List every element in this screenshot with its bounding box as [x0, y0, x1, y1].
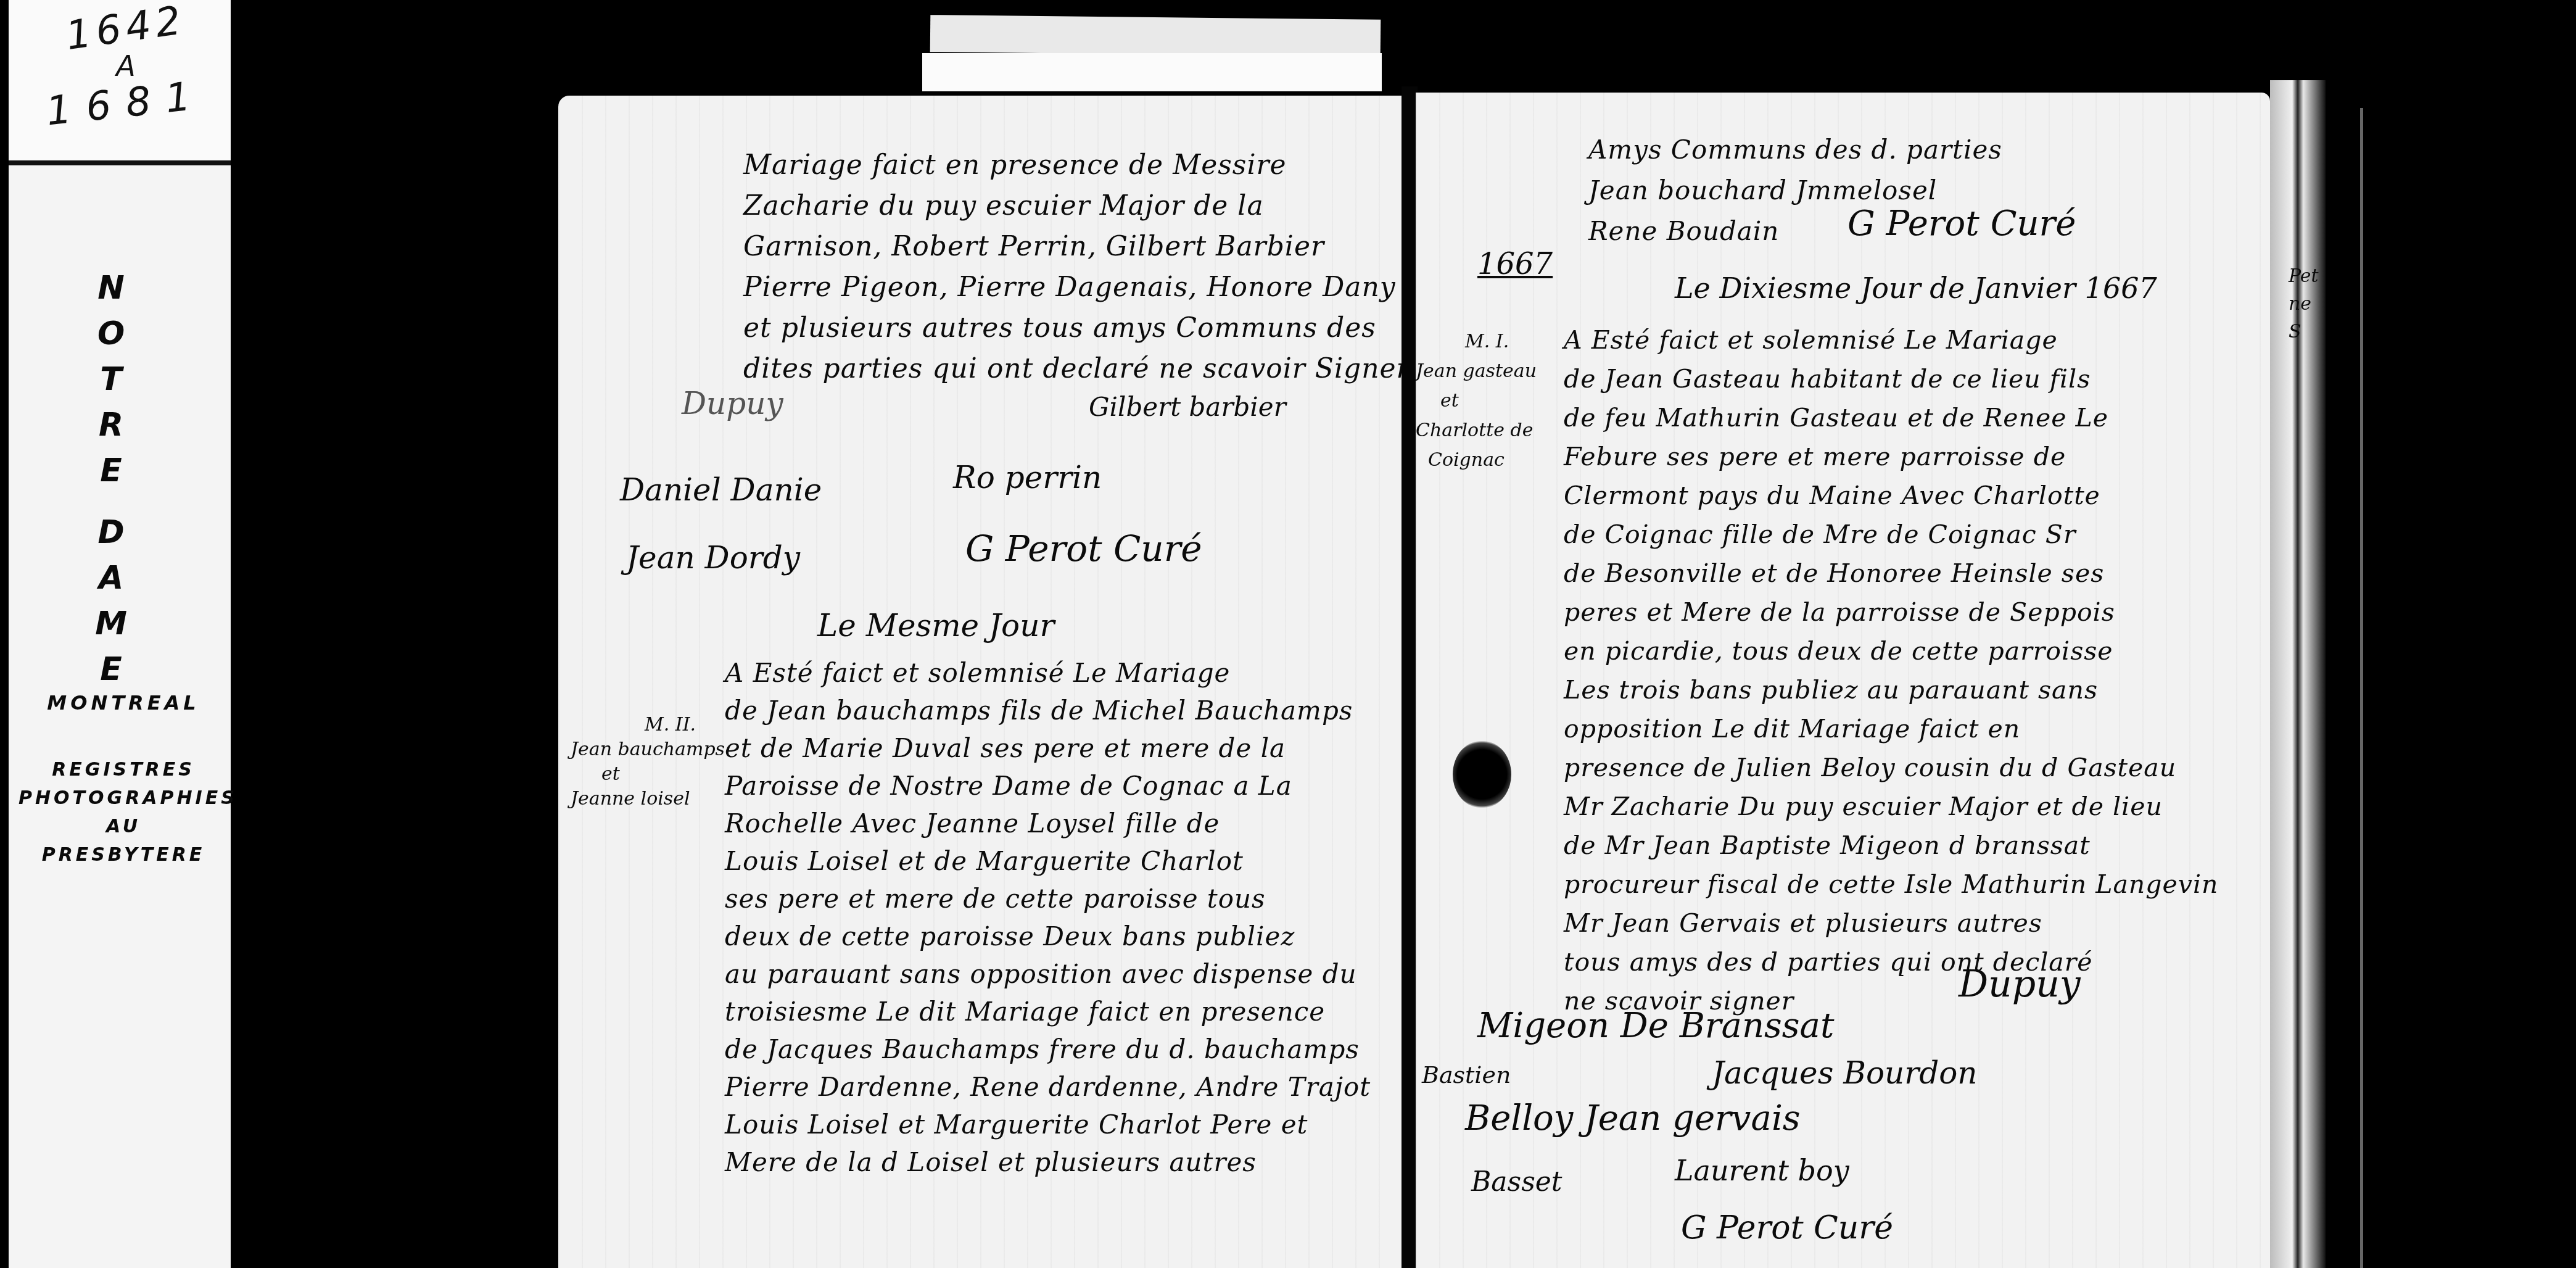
- text-line: procureur fiscal de cette Isle Mathurin …: [1564, 865, 2218, 904]
- ink-blot: [1453, 740, 1511, 808]
- text-line: Amys Communs des d. parties: [1588, 130, 2002, 170]
- entry-text: A Esté faict et solemnisé Le Mariage de …: [725, 654, 1371, 1181]
- signature: Daniel Danie: [620, 472, 822, 508]
- signature: Dupuy: [682, 386, 783, 421]
- entry-closing-text: Mariage faict en presence de Messire Zac…: [743, 145, 1406, 389]
- edge-text: Pet: [2289, 265, 2319, 287]
- index-card-date-range: 1642 A 1681: [9, 0, 231, 165]
- signature: Jacques Bourdon: [1712, 1055, 1977, 1091]
- register-page-right: Amys Communs des d. parties Jean bouchar…: [1416, 93, 2270, 1268]
- text-line: Mr Zacharie Du puy escuier Major et de l…: [1564, 787, 2218, 826]
- text-line: Pierre Dardenne, Rene dardenne, Andre Tr…: [725, 1068, 1371, 1106]
- text-line: de Jacques Bauchamps frere du d. baucham…: [725, 1030, 1371, 1068]
- letter: D: [93, 510, 130, 555]
- signature: Jean Dordy: [626, 540, 800, 576]
- text-line: Garnison, Robert Perrin, Gilbert Barbier: [743, 226, 1406, 267]
- text-line: ses pere et mere de cette paroisse tous: [725, 880, 1371, 918]
- text-line: Febure ses pere et mere parroisse de: [1564, 437, 2218, 476]
- text-line: Rochelle Avec Jeanne Loysel fille de: [725, 805, 1371, 842]
- letter: T: [93, 357, 130, 402]
- letter: A: [93, 555, 130, 601]
- text-line: de feu Mathurin Gasteau et de Renee Le: [1564, 399, 2218, 437]
- signature: Gilbert barbier: [1089, 392, 1286, 422]
- letter: M: [93, 601, 130, 647]
- margin-note-line: Jean bauchamps: [571, 737, 725, 762]
- text-line: de Jean bauchamps fils de Michel Baucham…: [725, 692, 1371, 729]
- text-line: de Coignac fille de Mre de Coignac Sr: [1564, 515, 2218, 554]
- text-line: opposition Le dit Mariage faict en: [1564, 710, 2218, 748]
- text-line: Zacharie du puy escuier Major de la: [743, 186, 1406, 226]
- adjacent-page-edge: Pet ne S: [2270, 80, 2326, 1268]
- text-line: Clermont pays du Maine Avec Charlotte: [1564, 476, 2218, 515]
- text-line: dites parties qui ont declaré ne scavoir…: [743, 349, 1406, 389]
- signature: Migeon De Branssat: [1477, 1006, 1834, 1046]
- text-line: Mere de la d Loisel et plusieurs autres: [725, 1143, 1371, 1181]
- year-marginal: 1667: [1477, 247, 1553, 281]
- letter: E: [93, 448, 130, 494]
- signature: Basset: [1471, 1166, 1562, 1198]
- register-note-line: AU: [19, 813, 228, 841]
- register-note-line: PRESBYTERE: [19, 841, 228, 869]
- signature: G Perot Curé: [965, 528, 1202, 570]
- text-line: et de Marie Duval ses pere et mere de la: [725, 729, 1371, 767]
- word-gap: [93, 494, 130, 510]
- margin-note-line: Coignac: [1428, 445, 1537, 475]
- text-line: troisiesme Le dit Mariage faict en prese…: [725, 993, 1371, 1030]
- film-scratch: [2360, 108, 2363, 1268]
- margin-note-line: Jeanne loisel: [571, 787, 725, 811]
- text-line: et plusieurs autres tous amys Communs de…: [743, 308, 1406, 349]
- register-note: REGISTRES PHOTOGRAPHIES AU PRESBYTERE: [19, 756, 228, 869]
- entry-heading: Le Mesme Jour: [817, 608, 1054, 644]
- text-line: deux de cette paroisse Deux bans publiez: [725, 918, 1371, 955]
- text-line: au parauant sans opposition avec dispens…: [725, 955, 1371, 993]
- text-line: de Jean Gasteau habitant de ce lieu fils: [1564, 360, 2218, 399]
- date-range-label: 1642 A 1681: [33, 6, 218, 126]
- paper-slip-back: [930, 15, 1381, 57]
- entry-text: A Esté faict et solemnisé Le Mariage de …: [1564, 321, 2218, 1021]
- text-line: presence de Julien Beloy cousin du d Gas…: [1564, 748, 2218, 787]
- register-page-left: Mariage faict en presence de Messire Zac…: [558, 96, 1406, 1268]
- letter: E: [93, 647, 130, 692]
- register-note-line: PHOTOGRAPHIES: [19, 784, 228, 813]
- text-line: tous amys des d parties qui ont declaré: [1564, 943, 2218, 982]
- text-line: A Esté faict et solemnisé Le Mariage: [725, 654, 1371, 692]
- margin-note-line: et: [1440, 386, 1537, 416]
- text-line: Pierre Pigeon, Pierre Dagenais, Honore D…: [743, 267, 1406, 308]
- paper-slip: [922, 53, 1382, 91]
- text-line: Louis Loisel et de Marguerite Charlot: [725, 842, 1371, 880]
- margin-note-line: Jean gasteau: [1416, 357, 1537, 386]
- letter: O: [93, 311, 130, 357]
- margin-note-line: M. I.: [1465, 327, 1537, 357]
- text-line: en picardie, tous deux de cette parroiss…: [1564, 632, 2218, 671]
- margin-note-line: et: [601, 762, 725, 787]
- signature: Dupuy: [1959, 963, 2081, 1006]
- edge-text: ne: [2289, 293, 2311, 315]
- signature: Ro perrin: [953, 460, 1102, 495]
- signature: G Perot Curé: [1847, 204, 2076, 244]
- text-line: Louis Loisel et Marguerite Charlot Pere …: [725, 1106, 1371, 1143]
- signature: Laurent boy: [1675, 1154, 1849, 1187]
- entry-date: Le Dixiesme Jour de Janvier 1667: [1675, 271, 2157, 305]
- margin-note: M. I. Jean gasteau et Charlotte de Coign…: [1416, 327, 1537, 475]
- text-line: Les trois bans publiez au parauant sans: [1564, 671, 2218, 710]
- letter: R: [93, 402, 130, 448]
- text-line: peres et Mere de la parroisse de Seppois: [1564, 593, 2218, 632]
- text-line: Mr Jean Gervais et plusieurs autres: [1564, 904, 2218, 943]
- register-note-line: REGISTRES: [19, 756, 228, 784]
- letter: N: [93, 265, 130, 311]
- text-line: A Esté faict et solemnisé Le Mariage: [1564, 321, 2218, 360]
- text-line: de Besonville et de Honoree Heinsle ses: [1564, 554, 2218, 593]
- text-line: Paroisse de Nostre Dame de Cognac a La: [725, 767, 1371, 805]
- signature: G Perot Curé: [1681, 1209, 1893, 1246]
- margin-note: M. II. Jean bauchamps et Jeanne loisel: [571, 713, 725, 811]
- signature: Bastien: [1422, 1061, 1511, 1088]
- margin-note-line: M. II.: [645, 713, 725, 737]
- city-label: MONTREAL: [25, 691, 222, 715]
- edge-text: S: [2289, 321, 2301, 342]
- text-line: de Mr Jean Baptiste Migeon d branssat: [1564, 826, 2218, 865]
- signature: Belloy Jean gervais: [1465, 1098, 1801, 1138]
- margin-note-line: Charlotte de: [1416, 416, 1537, 445]
- parish-name-vertical: N O T R E D A M E: [93, 265, 130, 692]
- text-line: Mariage faict en presence de Messire: [743, 145, 1406, 186]
